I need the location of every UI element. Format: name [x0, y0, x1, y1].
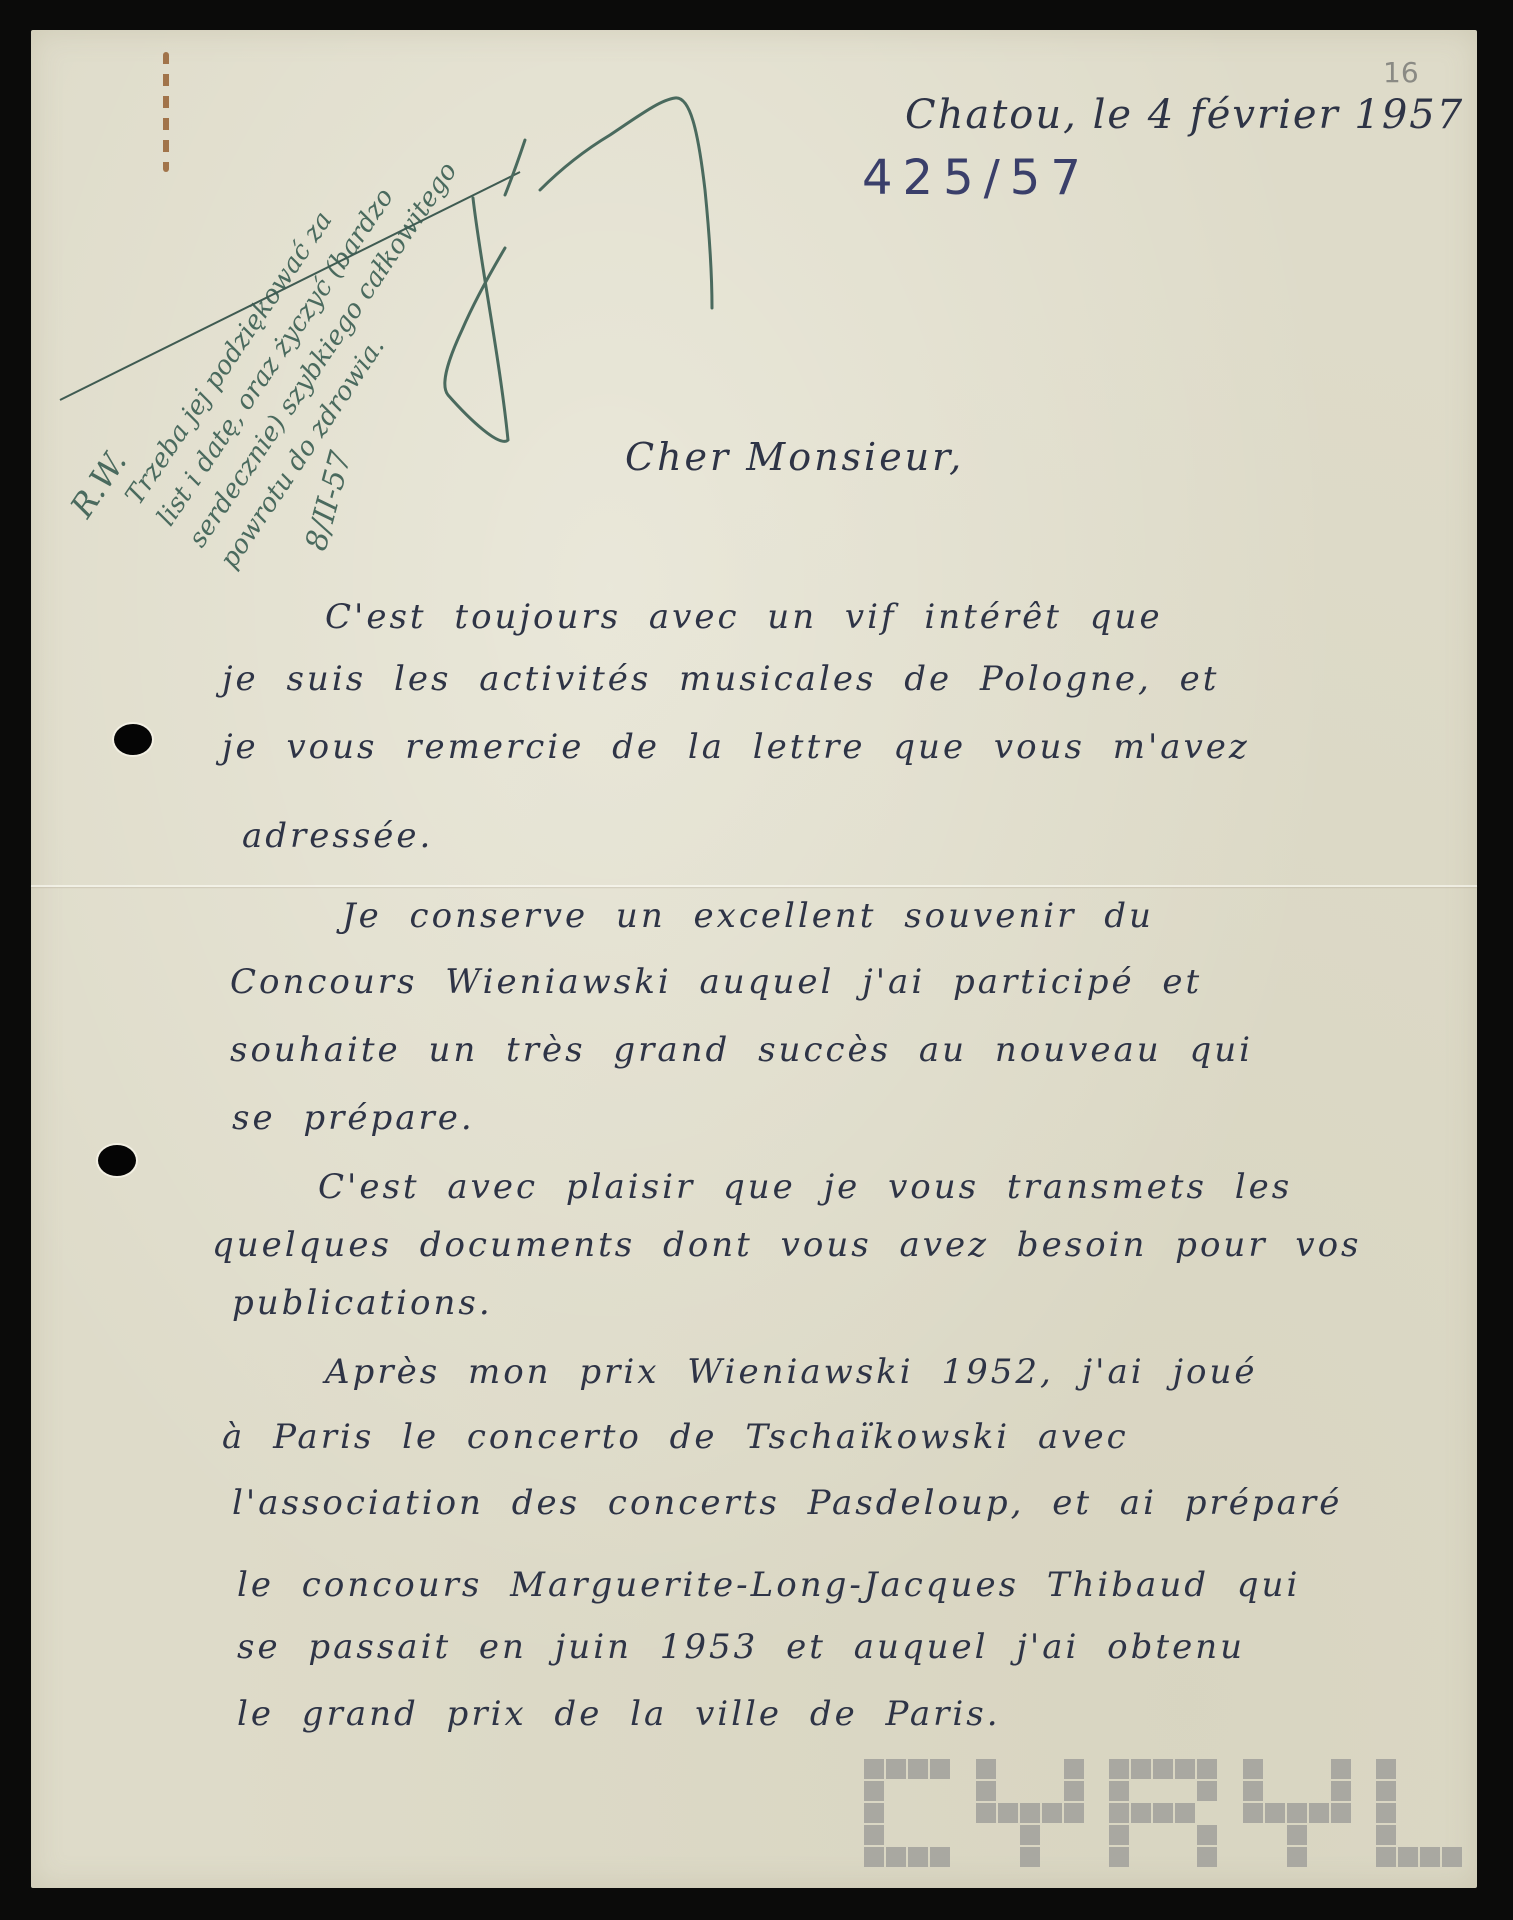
body-line: souhaite un très grand succès au nouveau…	[230, 1033, 1253, 1067]
body-line: à Paris le concerto de Tschaïkowski avec	[222, 1420, 1129, 1454]
body-line: C'est toujours avec un vif intérêt que	[325, 600, 1163, 634]
body-line: quelques documents dont vous avez besoin…	[212, 1228, 1362, 1262]
body-line: se passait en juin 1953 et auquel j'ai o…	[237, 1630, 1245, 1664]
salutation: Cher Monsieur,	[625, 438, 964, 476]
body-line: Je conserve un excellent souvenir du	[342, 899, 1154, 933]
body-line: adressée.	[242, 819, 433, 853]
body-line: Concours Wieniawski auquel j'ai particip…	[230, 965, 1202, 999]
body-line: se prépare.	[232, 1101, 475, 1135]
body-line: je vous remercie de la lettre que vous m…	[222, 730, 1250, 764]
body-line: le concours Marguerite-Long-Jacques Thib…	[237, 1568, 1300, 1602]
body-line: publications.	[232, 1286, 493, 1320]
body-line: l'association des concerts Pasdeloup, et…	[232, 1486, 1342, 1520]
body-line: C'est avec plaisir que je vous transmets…	[318, 1170, 1292, 1204]
body-line: je suis les activités musicales de Polog…	[222, 662, 1219, 696]
body-line: le grand prix de la ville de Paris.	[237, 1697, 1001, 1731]
body-line: Après mon prix Wieniawski 1952, j'ai jou…	[325, 1355, 1257, 1389]
